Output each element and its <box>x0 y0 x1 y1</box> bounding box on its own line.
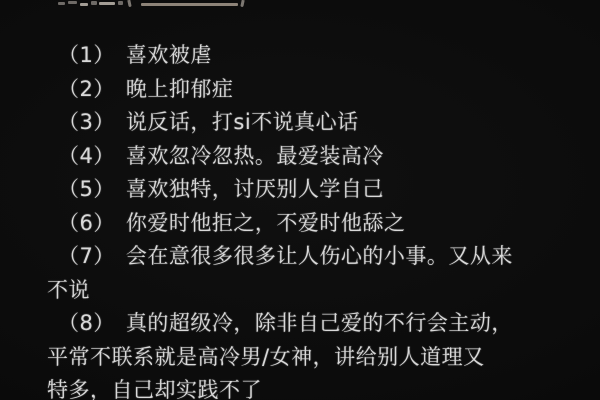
item-text: 喜欢被虐 <box>126 43 212 67</box>
item-text: 说反话，打si不说真心话 <box>126 110 359 134</box>
list-item-continuation: 特多，自己却实践不了 <box>0 374 600 400</box>
item-text: 晚上抑郁症 <box>126 77 234 101</box>
item-number: （1） <box>58 43 115 67</box>
list-item: （3）说反话，打si不说真心话 <box>0 106 600 140</box>
list-item: （6）你爱时他拒之，不爱时他舔之 <box>0 207 600 241</box>
list-item: （1）喜欢被虐 <box>0 39 600 73</box>
cropped-text-fragment <box>91 1 97 5</box>
item-number: （5） <box>58 177 115 201</box>
list-item: （5）喜欢独特，讨厌别人学自己 <box>0 173 600 207</box>
item-text: 会在意很多很多让人伤心的小事。又从来 <box>126 244 513 268</box>
open-paren-fragment <box>127 0 131 7</box>
cropped-header-line <box>0 0 600 10</box>
list-item-continuation: 不说 <box>0 274 600 308</box>
item-text: 特多，自己却实践不了 <box>47 378 262 400</box>
item-text: 平常不联系就是高冷男/女神，讲给别人道理又 <box>47 345 485 369</box>
list-item: （4）喜欢忽冷忽热。最爱装高冷 <box>0 140 600 174</box>
item-text: 真的超级冷，除非自己爱的不行会主动， <box>126 311 513 335</box>
list-item-continuation: 平常不联系就是高冷男/女神，讲给别人道理又 <box>0 341 600 375</box>
item-text: 喜欢独特，讨厌别人学自己 <box>126 177 384 201</box>
close-paren-fragment <box>240 0 244 7</box>
item-number: （3） <box>58 110 115 134</box>
list-item: （7）会在意很多很多让人伤心的小事。又从来 <box>0 240 600 274</box>
cropped-text-fragment <box>118 1 123 5</box>
underline-fragment <box>141 3 238 6</box>
cropped-text-fragment <box>68 1 77 4</box>
item-text: 不说 <box>47 278 90 302</box>
list-item: （2）晚上抑郁症 <box>0 73 600 107</box>
item-text: 你爱时他拒之，不爱时他舔之 <box>126 211 406 235</box>
cropped-text-fragment <box>99 2 115 5</box>
item-number: （2） <box>58 77 115 101</box>
cropped-text-fragment <box>80 3 88 6</box>
item-number: （6） <box>58 211 115 235</box>
item-number: （4） <box>58 144 115 168</box>
list-item: （8）真的超级冷，除非自己爱的不行会主动， <box>0 307 600 341</box>
item-number: （7） <box>58 244 115 268</box>
item-text: 喜欢忽冷忽热。最爱装高冷 <box>126 144 384 168</box>
screenshot-root: （1）喜欢被虐 （2）晚上抑郁症 （3）说反话，打si不说真心话 （4）喜欢忽冷… <box>0 0 600 400</box>
item-number: （8） <box>58 311 115 335</box>
text-list: （1）喜欢被虐 （2）晚上抑郁症 （3）说反话，打si不说真心话 （4）喜欢忽冷… <box>0 39 600 400</box>
cropped-text-fragment <box>58 2 65 5</box>
